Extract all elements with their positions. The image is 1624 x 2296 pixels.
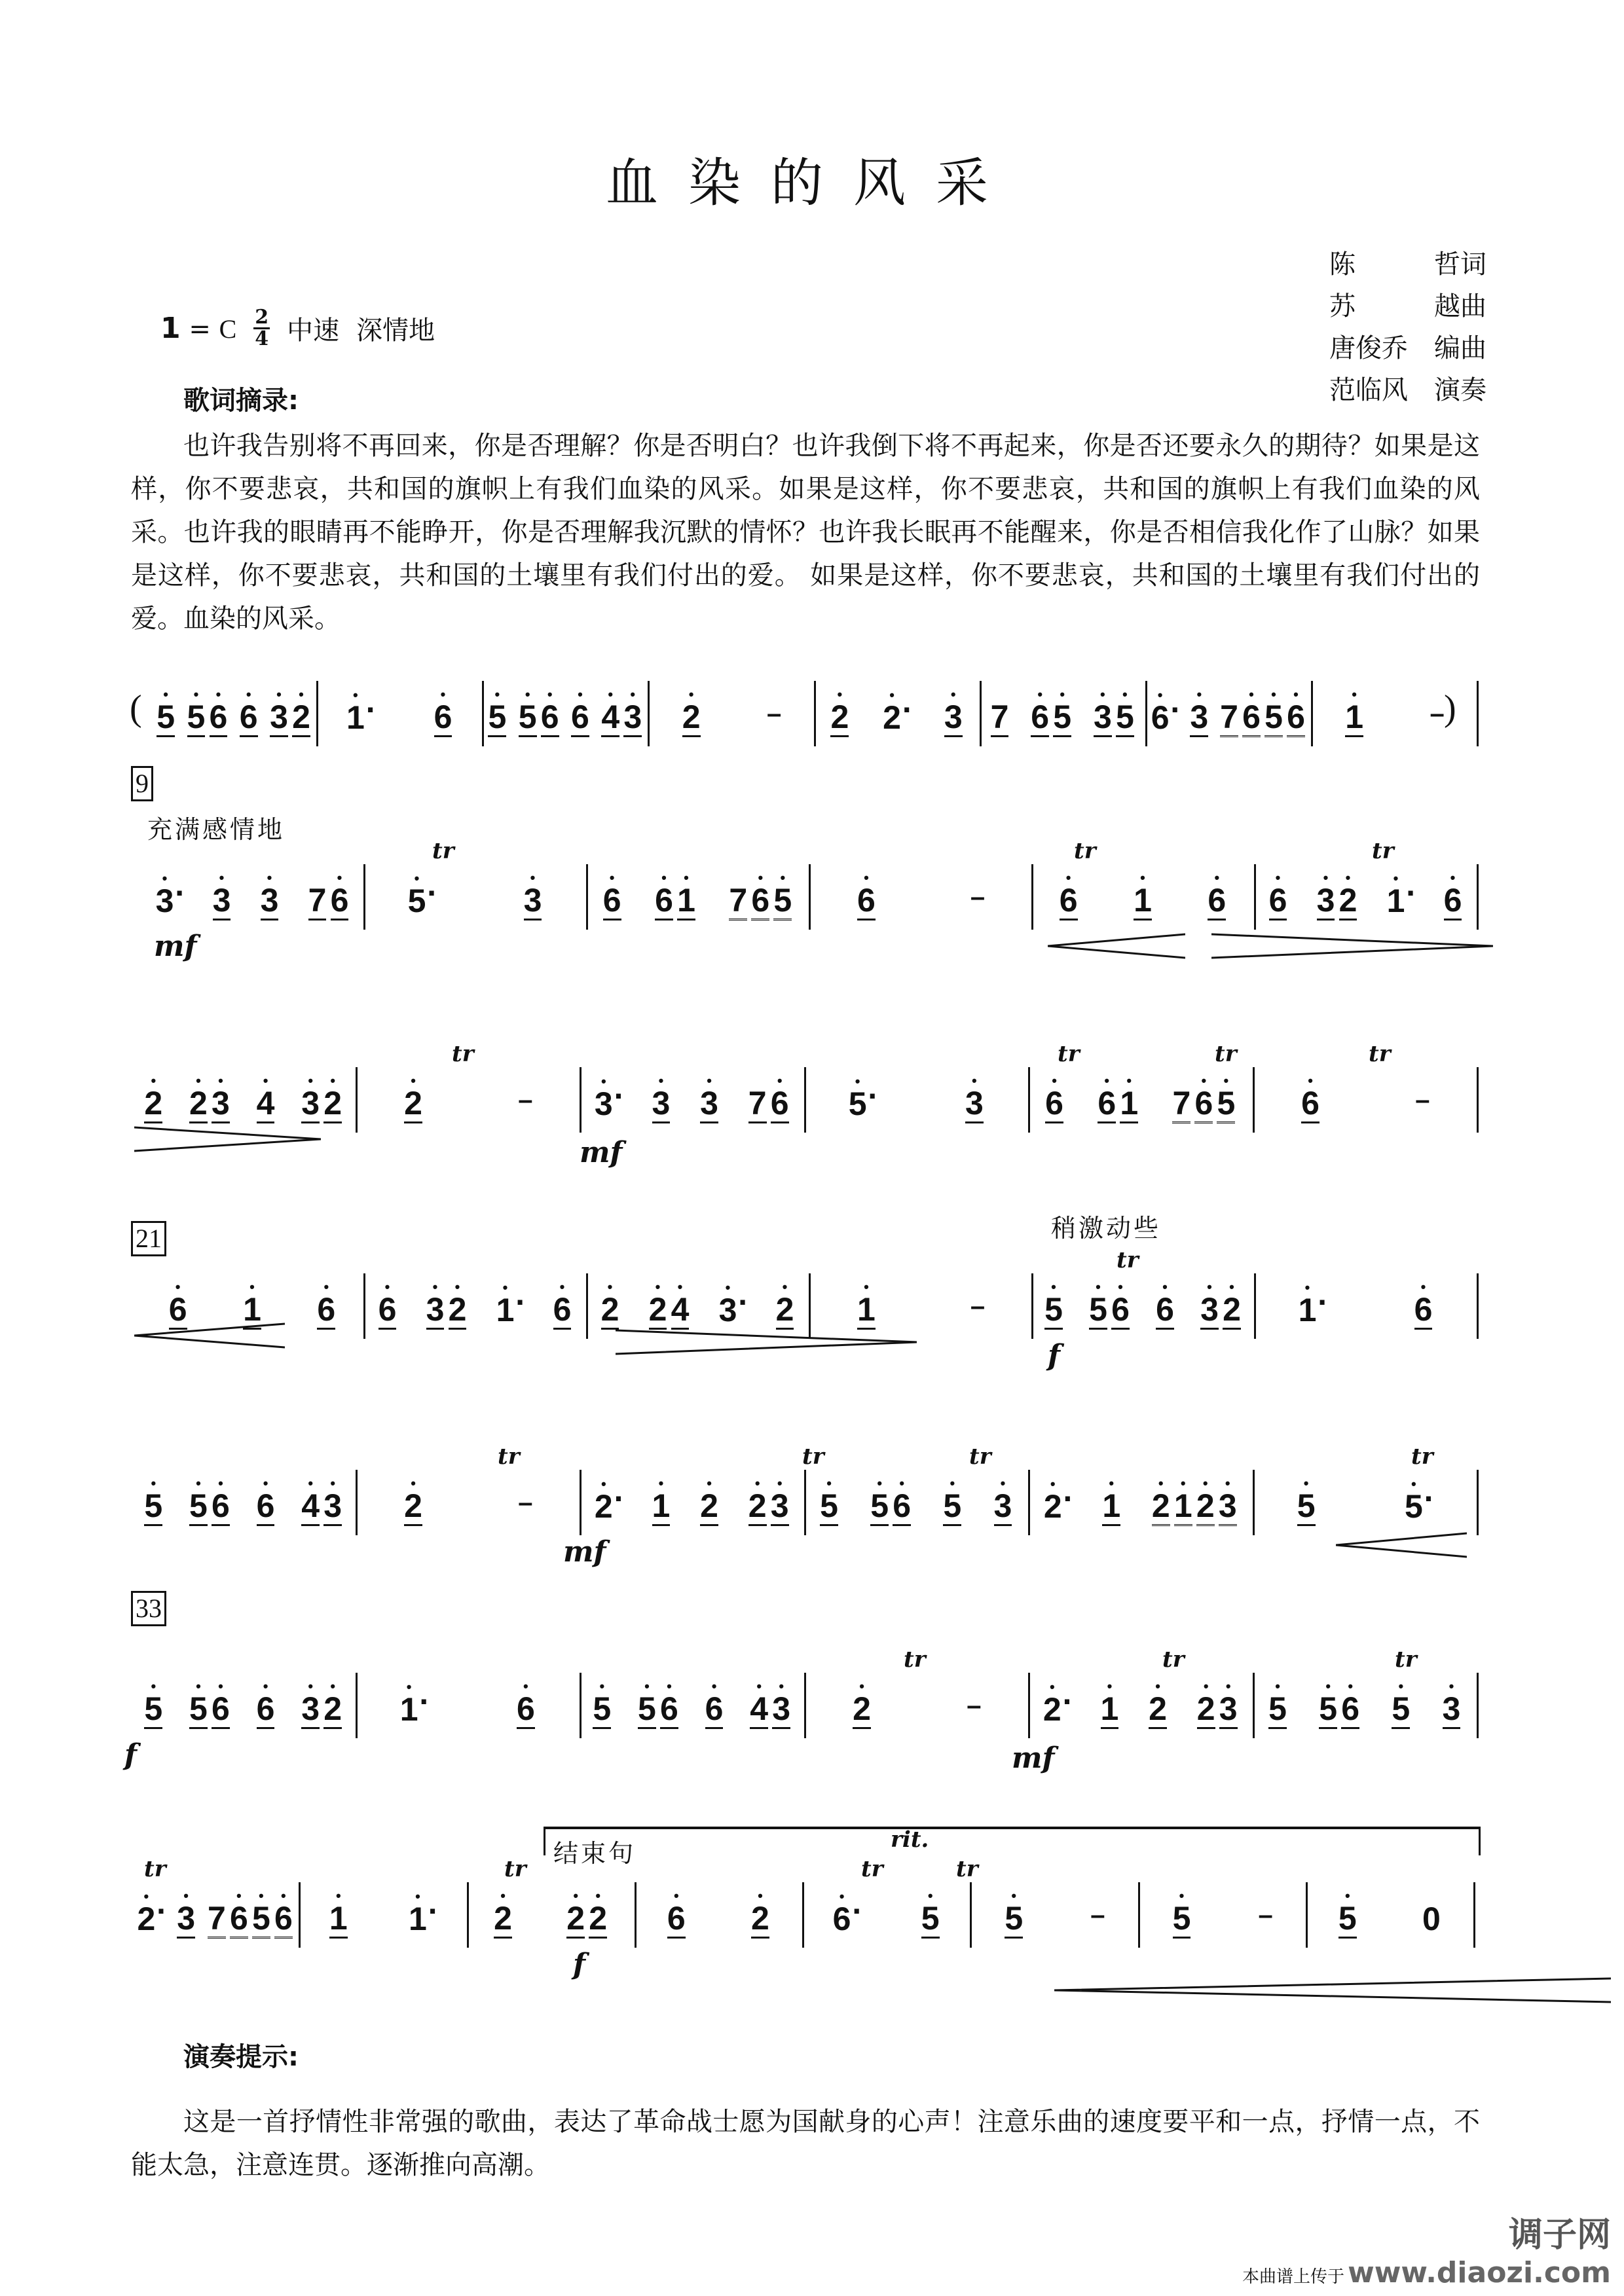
intro-close-paren: ) — [1444, 687, 1456, 729]
note-group: •2•3 — [747, 1480, 791, 1526]
octave-dot-above: • — [864, 874, 869, 882]
note: •6 — [1299, 1077, 1321, 1123]
octave-dot-above: • — [385, 1283, 390, 1291]
octave-dot-above: • — [353, 691, 358, 699]
measure: •2•2•2 — [467, 1863, 635, 1967]
note-digit: 6 — [1098, 1085, 1116, 1123]
note: •6 — [255, 1480, 277, 1526]
note: •6 — [315, 1283, 337, 1330]
note-group: •1 — [1343, 691, 1365, 737]
note-digit: 6 — [660, 1690, 678, 1729]
measure: •5– — [1138, 1863, 1306, 1967]
note-digit: 2 — [494, 1900, 512, 1939]
note: •6 — [329, 874, 351, 920]
note: •1 — [1118, 1077, 1140, 1123]
octave-dot-above: • — [530, 874, 536, 882]
note-group: •1 — [327, 1892, 350, 1939]
dotted-rhythm-dot: · — [1063, 1683, 1073, 1728]
octave-dot-above: • — [644, 1683, 650, 1690]
octave-dot-above: • — [659, 1077, 664, 1085]
note-digit: 6 — [210, 699, 228, 737]
octave-dot-above: • — [1308, 1077, 1313, 1085]
dotted-rhythm-dot: · — [869, 1078, 878, 1122]
score-row: •5•5•6•6•3•2•1·•6•5•5•6•6•4•3•2–•2·•1•2•… — [0, 1653, 1624, 1758]
trill-mark: tr — [432, 838, 454, 864]
note: •2 — [647, 1283, 669, 1330]
note-group: •6 — [1058, 874, 1080, 920]
octave-dot-above: • — [308, 1480, 313, 1487]
trill-mark: tr — [969, 1444, 991, 1470]
note: •3 — [769, 1480, 791, 1526]
note-group: •5•6 — [1087, 1283, 1132, 1330]
note-group: •6 — [665, 1892, 688, 1939]
octave-dot-above: • — [1275, 1683, 1280, 1690]
note: •2 — [135, 1893, 157, 1937]
note: •1 — [344, 691, 367, 736]
note: •5 — [486, 691, 508, 737]
octave-dot-above: • — [573, 1892, 578, 1900]
note-digit: 6 — [1045, 1085, 1063, 1123]
note-group: •6•1 — [1096, 1077, 1140, 1123]
octave-dot-above: • — [1249, 691, 1254, 699]
note: •2 — [142, 1077, 164, 1123]
barline — [363, 1273, 365, 1339]
note-digit: 3 — [944, 699, 963, 737]
octave-dot-above: • — [216, 691, 221, 699]
note-group: •3 — [942, 691, 965, 737]
note-group: •1· — [1385, 875, 1416, 919]
note: •2 — [492, 1892, 514, 1939]
note-digit: 6 — [541, 699, 559, 737]
note-digit: 6 — [1194, 1085, 1213, 1123]
note: •6 — [539, 691, 561, 737]
note: •2 — [322, 1683, 344, 1729]
dotted-rhythm-dot: · — [1172, 691, 1181, 736]
octave-dot-above: • — [1450, 874, 1456, 882]
note-group: 7 — [988, 691, 1010, 737]
note-group: •6 — [432, 691, 454, 737]
note: •6 — [377, 1283, 399, 1330]
octave-dot-above: • — [1066, 874, 1071, 882]
note: •2 — [1194, 1480, 1217, 1526]
note-group: •5•6 — [636, 1683, 680, 1729]
octave-dot-above: • — [144, 1893, 149, 1901]
note-digit: 4 — [750, 1690, 768, 1729]
expression-text: 充满感情地 — [147, 809, 285, 845]
note-digit: 6 — [1208, 882, 1226, 920]
barline — [316, 681, 318, 746]
note: •5 — [919, 1892, 942, 1939]
note: •5 — [155, 691, 177, 737]
octave-dot-above: • — [1122, 691, 1128, 699]
octave-dot-above: • — [780, 874, 785, 882]
note-digit: 2 — [1043, 1691, 1061, 1728]
note-group: •6 — [377, 1283, 399, 1330]
octave-dot-above: • — [661, 874, 667, 882]
dotted-rhythm-dot: · — [420, 1683, 430, 1728]
note: •1 — [1297, 1284, 1319, 1328]
note-group: •5· — [406, 875, 437, 919]
note: •5 — [185, 691, 207, 737]
note-digit: 6 — [771, 1085, 789, 1123]
crescendo-hairpin — [1048, 933, 1185, 959]
octave-dot-above: • — [783, 1283, 788, 1291]
octave-dot-above: • — [1126, 1077, 1132, 1085]
barline — [804, 1673, 806, 1738]
octave-dot-above: • — [712, 1683, 717, 1690]
sustain-dash: – — [518, 1085, 532, 1115]
octave-dot-above: • — [415, 875, 420, 883]
octave-dot-above: • — [1203, 1480, 1208, 1487]
note: •3 — [650, 1077, 672, 1123]
note-digit: 2 — [748, 1487, 767, 1526]
trill-mark: tr — [498, 1444, 520, 1470]
note-digit: 3 — [1219, 1487, 1237, 1526]
octave-dot-above: • — [674, 1892, 679, 1900]
octave-dot-above: • — [267, 874, 272, 882]
barline — [1477, 864, 1479, 930]
note-digit: 5 — [1005, 1900, 1023, 1939]
octave-dot-above: • — [1060, 691, 1065, 699]
note-digit: 3 — [301, 1085, 320, 1123]
octave-dot-above: • — [415, 1893, 420, 1901]
barline — [356, 1673, 358, 1738]
note: •4 — [299, 1480, 322, 1526]
octave-dot-above: • — [175, 1283, 181, 1291]
note-group: •3 — [1440, 1683, 1462, 1729]
note: •6 — [1096, 1077, 1118, 1123]
note-digit: 2 — [1152, 1487, 1170, 1526]
note: •1 — [1100, 1480, 1122, 1526]
trill-mark: tr — [1162, 1647, 1185, 1673]
note-digit: 6 — [833, 1901, 851, 1937]
note-digit: 3 — [213, 882, 231, 920]
note: •3 — [268, 691, 290, 737]
note: •2 — [402, 1480, 424, 1526]
measure: •6•6•17•6•5 — [586, 845, 809, 949]
note-digit: 2 — [830, 699, 849, 737]
sustain-dash: – — [970, 1292, 985, 1321]
note: •1 — [1172, 1480, 1194, 1526]
note-group: 7•6•5•6 — [206, 1892, 295, 1939]
octave-dot-above: • — [330, 1077, 335, 1085]
note-group: •5 — [142, 1683, 164, 1729]
octave-dot-above: • — [407, 1683, 412, 1691]
note: •5 — [1263, 691, 1285, 737]
octave-dot-above: • — [840, 1893, 845, 1901]
note-group: 7•6•5 — [727, 874, 794, 920]
octave-dot-above: • — [864, 1283, 869, 1291]
barline — [1477, 1470, 1479, 1535]
barline — [1253, 1470, 1255, 1535]
note: •3 — [322, 1480, 344, 1526]
note: •6 — [228, 1892, 250, 1939]
note-digit: 6 — [1414, 1291, 1433, 1330]
key-name: C — [219, 314, 237, 344]
note: •1 — [855, 1283, 877, 1330]
time-signature: 24 — [253, 308, 270, 349]
octave-dot-above: • — [1107, 1683, 1113, 1690]
note-digit: 6 — [517, 1690, 535, 1729]
note-group: •1 — [855, 1283, 877, 1330]
note-digit: 3 — [623, 699, 642, 737]
note: •3 — [299, 1077, 322, 1123]
note: 7 — [747, 1077, 769, 1123]
octave-dot-above: • — [246, 691, 251, 699]
note: 0 — [1420, 1893, 1443, 1937]
note: •5 — [868, 1480, 891, 1526]
octave-dot-above: • — [707, 1077, 712, 1085]
octave-dot-above: • — [151, 1480, 156, 1487]
note-digit: 5 — [1405, 1488, 1423, 1525]
note-group: •6 — [1442, 874, 1464, 920]
trill-mark: tr — [504, 1856, 526, 1882]
dotted-rhythm-dot: · — [1425, 1480, 1434, 1525]
sustain-dash: – — [1415, 1085, 1430, 1115]
note-digit: 1 — [1101, 1690, 1119, 1729]
barline — [356, 1470, 358, 1535]
note: •5 — [517, 691, 539, 737]
note-group: •6 — [703, 1683, 726, 1729]
note-group: •1· — [398, 1683, 430, 1728]
note: •1 — [1343, 691, 1365, 737]
credit-role: 曲 — [1460, 291, 1486, 321]
note-digit: 5 — [1116, 699, 1134, 737]
octave-dot-above: • — [1323, 874, 1329, 882]
note-digit: 1 — [1387, 883, 1405, 919]
note: •1 — [1098, 1683, 1120, 1729]
octave-dot-above: • — [441, 691, 446, 699]
octave-dot-above: • — [411, 1480, 416, 1487]
note: •6 — [210, 1480, 232, 1526]
credit-name: 唐俊乔 — [1329, 327, 1408, 369]
note-digit: 5 — [1338, 1900, 1357, 1939]
octave-dot-above: • — [678, 1283, 683, 1291]
note-group: •2•1•2•3 — [1150, 1480, 1239, 1526]
note-group: •3 — [991, 1480, 1014, 1526]
note-digit: 6 — [1341, 1690, 1359, 1729]
watermark-url[interactable]: www.diaozi.com — [1348, 2256, 1611, 2289]
credits: 陈哲词 苏越曲 唐俊乔编曲 范临风演奏 — [1329, 244, 1486, 411]
note: •6 — [1058, 874, 1080, 920]
note-group: •3•2 — [268, 691, 312, 737]
note: •2 — [851, 1683, 873, 1729]
octave-dot-above: • — [608, 1283, 613, 1291]
octave-dot-above: • — [756, 1683, 762, 1690]
note: •6 — [1029, 691, 1051, 737]
barline — [802, 1882, 804, 1948]
octave-dot-above: • — [889, 691, 895, 699]
note-group: •3•2 — [299, 1683, 344, 1729]
key-signature: 1 = C 24 中速 深情地 — [160, 308, 435, 349]
octave-dot-above: • — [972, 1077, 977, 1085]
trill-mark: tr — [1372, 838, 1394, 864]
note-group: •6 — [1154, 1283, 1176, 1330]
barline — [1306, 1882, 1308, 1948]
measure: •5•5•6•6•3•2 — [151, 661, 316, 766]
note-group: •5 — [1003, 1892, 1025, 1939]
note-group: •2 — [599, 1283, 621, 1330]
octave-dot-above: • — [1011, 1892, 1016, 1900]
note-digit: 5 — [773, 882, 792, 920]
trill-mark: tr — [1395, 1647, 1417, 1673]
note: •5 — [818, 1480, 840, 1526]
decrescendo-hairpin — [1211, 933, 1493, 959]
note-group: •3•2 — [424, 1283, 469, 1330]
note: •3 — [175, 1892, 197, 1939]
note-group: •6 — [551, 1283, 574, 1330]
note-group: •3· — [717, 1284, 748, 1328]
note-group: •6 — [515, 1683, 537, 1729]
note-digit: 2 — [589, 1900, 607, 1939]
note: •3 — [963, 1077, 986, 1123]
note-group: •1· — [1297, 1284, 1328, 1328]
measure: •50 — [1306, 1863, 1473, 1967]
note-digit: 2 — [144, 1085, 162, 1123]
expression-text: 稍激动些 — [1051, 1208, 1161, 1244]
trill-mark: tr — [1116, 1247, 1139, 1273]
octave-dot-above: • — [219, 874, 225, 882]
note-group: •6 — [255, 1480, 277, 1526]
note-group: •2•3 — [1195, 1683, 1240, 1729]
crescendo-hairpin — [1336, 1532, 1467, 1558]
trill-mark: tr — [452, 1041, 474, 1067]
octave-dot-above: • — [1158, 1480, 1164, 1487]
note-group: •5 — [142, 1480, 164, 1526]
octave-dot-above: • — [1293, 691, 1299, 699]
dotted-rhythm-dot: · — [739, 1284, 748, 1328]
note: •2 — [587, 1892, 609, 1939]
note: •5 — [187, 1683, 210, 1729]
note: •6 — [1109, 1283, 1132, 1330]
note-digit: 6 — [434, 699, 452, 737]
note-group: •2· — [1042, 1480, 1073, 1525]
note: •5 — [1403, 1480, 1425, 1525]
note-digit: 5 — [638, 1690, 656, 1729]
note: •2 — [564, 1892, 587, 1939]
note: •5 — [250, 1892, 272, 1939]
dotted-rhythm-dot: · — [1407, 875, 1416, 919]
measure: •5•5•6•6•3•2 — [131, 1653, 356, 1758]
octave-dot-above: • — [659, 1480, 664, 1487]
note-digit: 3 — [652, 1085, 671, 1123]
note-group: •2 — [828, 691, 851, 737]
trill-mark: tr — [802, 1444, 824, 1470]
note-digit: 6 — [240, 699, 258, 737]
note-group: •3 — [963, 1077, 986, 1123]
note-digit: 6 — [1242, 699, 1261, 737]
barline — [482, 681, 484, 746]
note-group: •3· — [154, 875, 185, 919]
barline — [1031, 864, 1033, 930]
note: •6 — [1412, 1283, 1435, 1330]
octave-dot-above: • — [263, 1683, 268, 1690]
octave-dot-above: • — [263, 1077, 268, 1085]
note: •4 — [748, 1683, 770, 1729]
sustain-dash: – — [518, 1488, 532, 1518]
note-group: •1 — [1100, 1480, 1122, 1526]
note-digit: 2 — [700, 1487, 718, 1526]
note: •1 — [1132, 874, 1154, 920]
octave-dot-above: • — [1346, 874, 1351, 882]
barline — [1254, 1273, 1256, 1339]
note-digit: 3 — [1200, 1291, 1219, 1330]
note: 7 — [1218, 691, 1240, 737]
note: •5 — [187, 1480, 210, 1526]
note: •5 — [1043, 1283, 1065, 1330]
note-digit: 3 — [212, 1085, 230, 1123]
note: •2 — [680, 691, 703, 737]
note: •6 — [1149, 691, 1172, 736]
note-digit: 1 — [1102, 1487, 1120, 1526]
octave-dot-above: • — [826, 1480, 832, 1487]
note: •6 — [658, 1683, 680, 1729]
note: •3 — [211, 874, 233, 920]
note-group: •2 — [851, 1683, 873, 1729]
note-digit: 6 — [655, 882, 673, 920]
dynamic-mark: f — [573, 1948, 585, 1981]
octave-dot-above: • — [308, 1683, 313, 1690]
note-group: •6 — [238, 691, 260, 737]
octave-dot-above: • — [595, 1892, 600, 1900]
octave-dot-above: • — [503, 1284, 508, 1292]
note: •2 — [698, 1480, 720, 1526]
octave-dot-above: • — [1202, 1077, 1207, 1085]
note: •5 — [1337, 1892, 1359, 1939]
note-group: •5 — [1171, 1892, 1193, 1939]
note-digit: 2 — [566, 1900, 585, 1939]
note-digit: 1 — [1174, 1487, 1192, 1526]
barline — [1477, 1067, 1479, 1133]
note: •3 — [259, 874, 281, 920]
note: •6 — [769, 1077, 791, 1123]
note-group: •2•2 — [564, 1892, 609, 1939]
octave-dot-above: • — [330, 1683, 335, 1690]
note-digit: 3 — [595, 1085, 613, 1122]
note-group: •6 — [255, 1683, 277, 1729]
note-digit: 6 — [603, 882, 621, 920]
note-digit: 6 — [1287, 699, 1305, 737]
octave-dot-above: • — [951, 691, 956, 699]
time-numerator: 2 — [253, 308, 270, 329]
note-group: 7•6•5•6 — [1218, 691, 1307, 737]
measure: •5•5•6•6•3•2 — [1031, 1254, 1254, 1358]
measure: •1·•6 — [356, 1653, 580, 1758]
note-group: •2 — [402, 1077, 424, 1123]
note-digit: 3 — [994, 1487, 1012, 1526]
note-digit: 0 — [1422, 1901, 1441, 1937]
measure: •6•3•2•1·•6 — [363, 1254, 586, 1358]
measure: •2– — [356, 1450, 580, 1555]
note-digit: 6 — [553, 1291, 572, 1330]
octave-dot-above: • — [1393, 875, 1399, 883]
measure: •5·•3 — [804, 1048, 1029, 1152]
credit-composer: 苏越曲 — [1329, 285, 1486, 327]
note: •2 — [749, 1892, 771, 1939]
note-group: •6 — [569, 691, 591, 737]
note-group: •6 — [601, 874, 623, 920]
note-group: •3•2 — [299, 1077, 344, 1123]
credit-role: 词 — [1460, 249, 1486, 280]
barline — [648, 681, 650, 746]
note-digit: 5 — [849, 1085, 867, 1122]
note-digit: 5 — [1268, 1690, 1287, 1729]
note: •6 — [749, 874, 771, 920]
barline — [1254, 864, 1256, 930]
note-digit: 1 — [1134, 882, 1152, 920]
octave-dot-above: • — [1224, 1077, 1229, 1085]
note-digit: 5 — [921, 1900, 940, 1939]
